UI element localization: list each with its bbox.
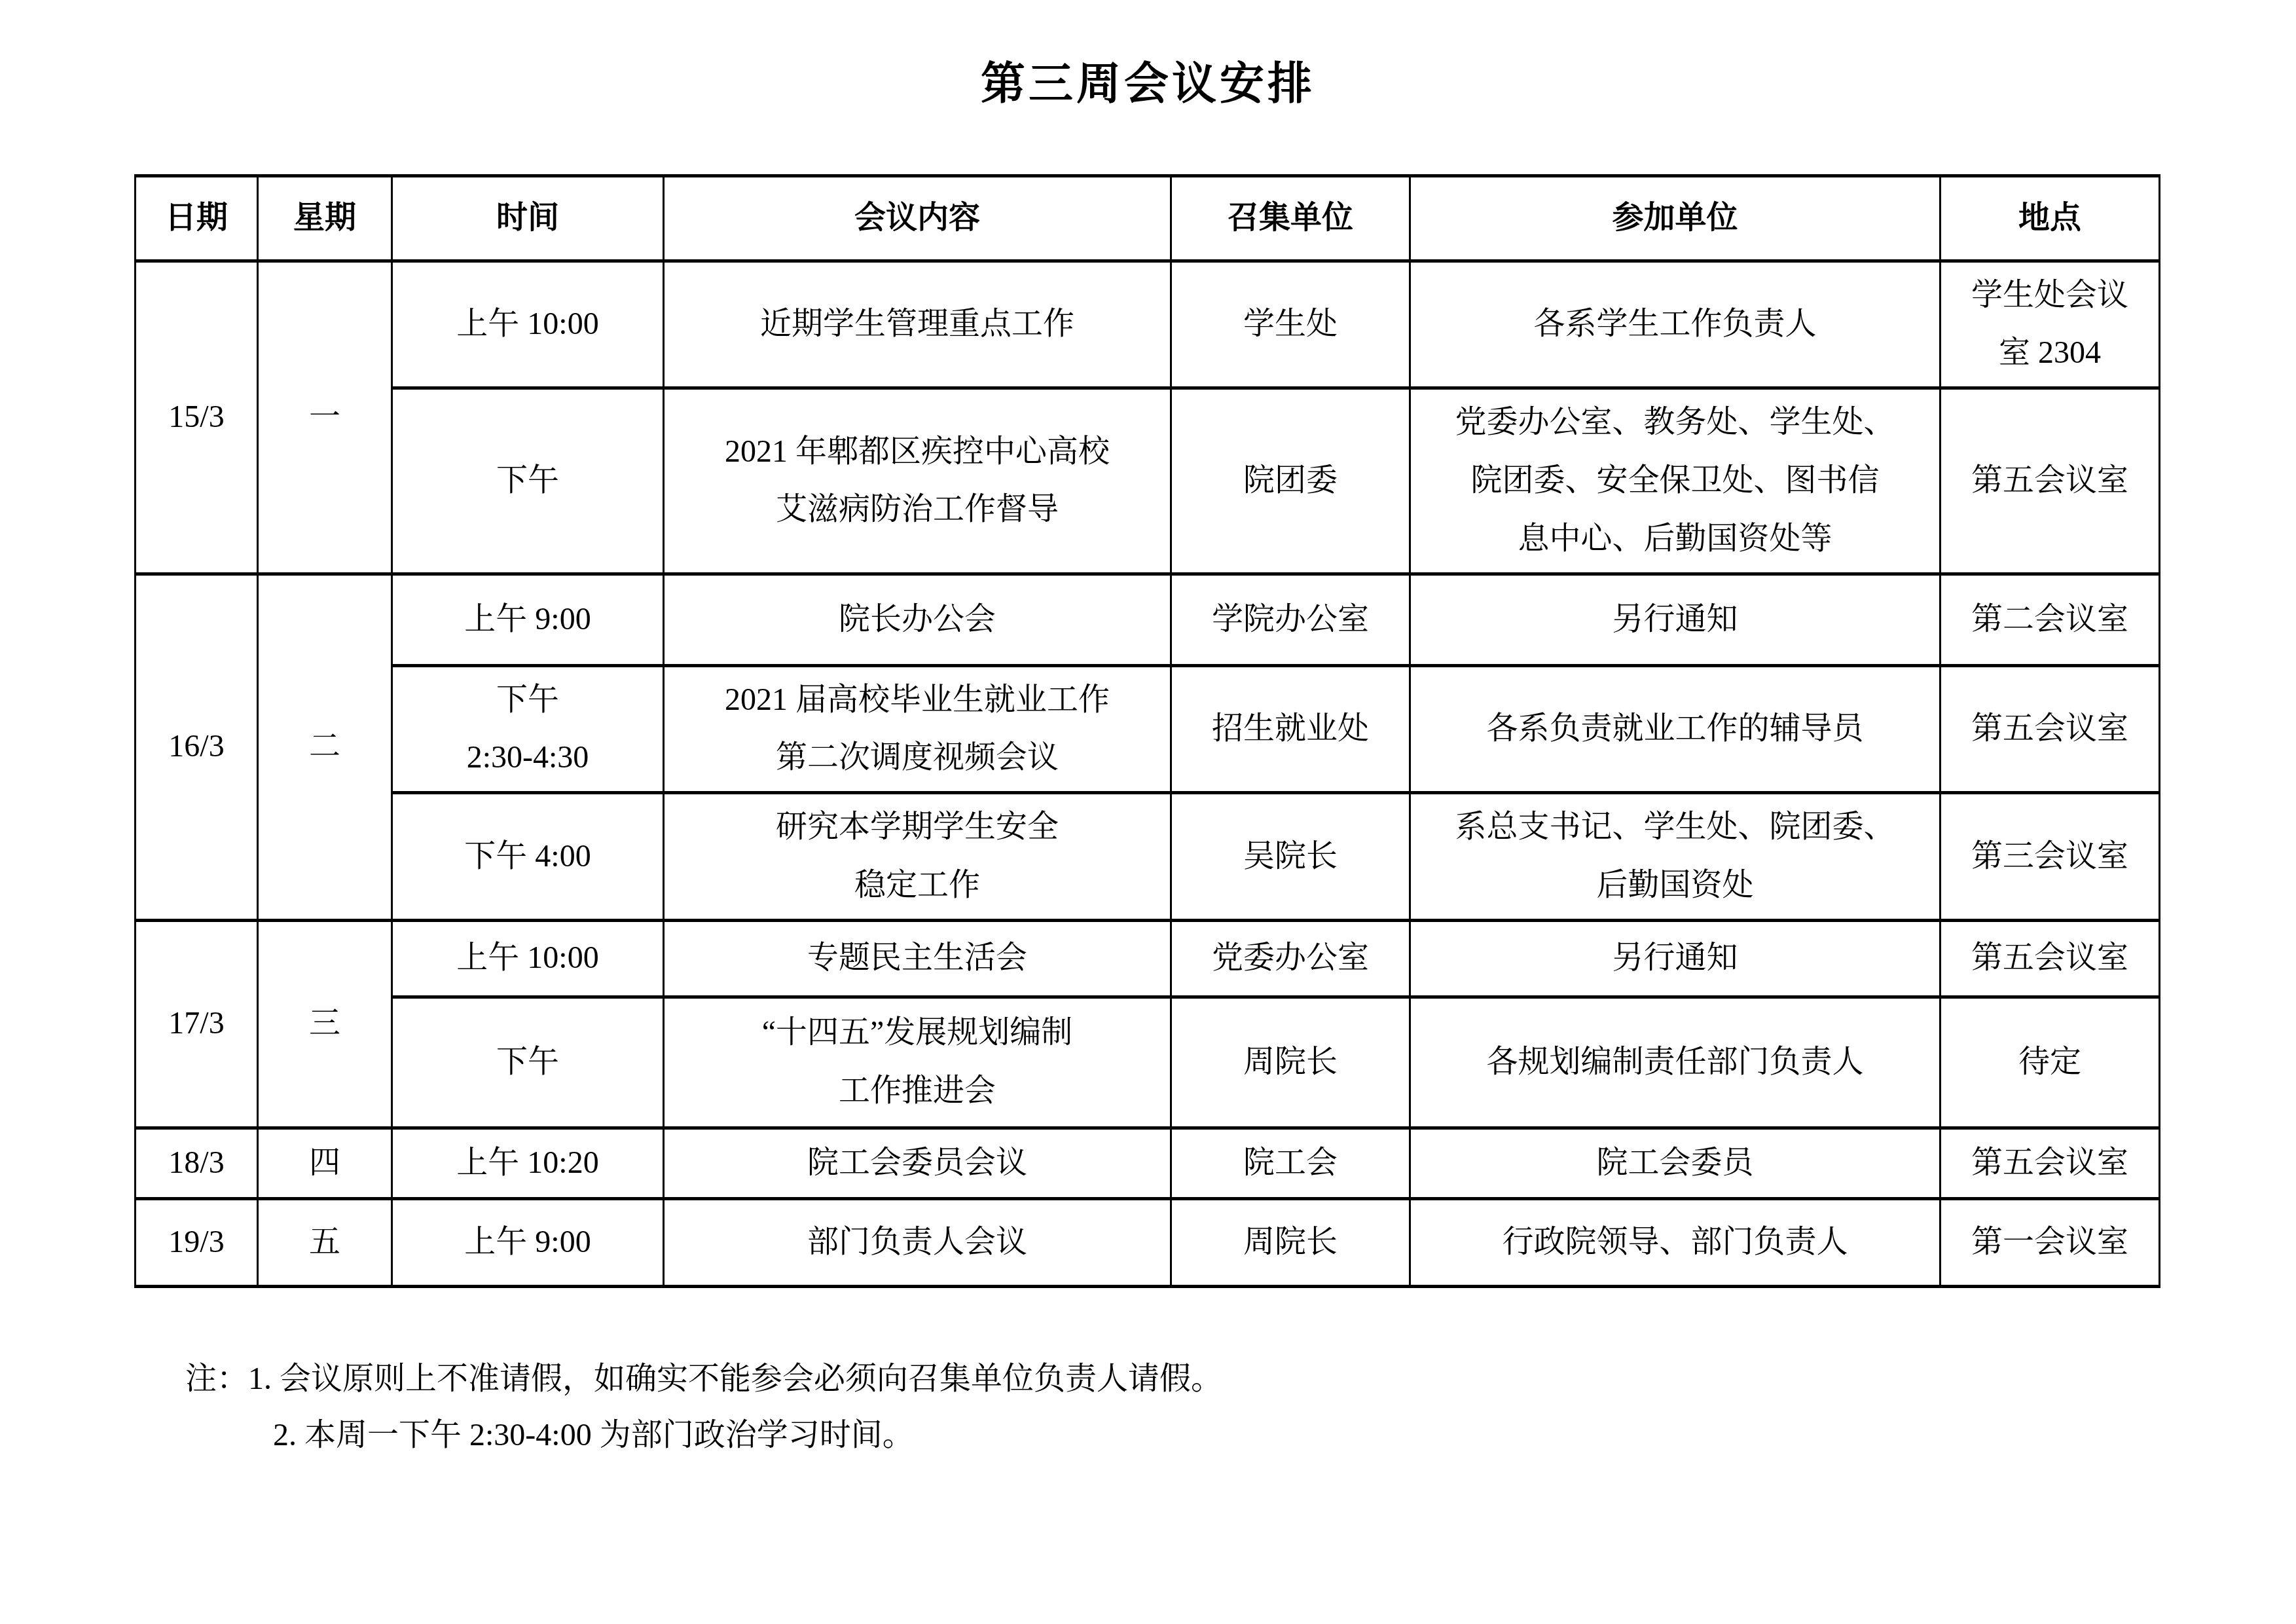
note-line-1: 注：1. 会议原则上不准请假，如确实不能参会必须向召集单位负责人请假。: [185, 1351, 2162, 1407]
cell-date: 19/3: [136, 1198, 258, 1286]
note-line-2: 2. 本周一下午 2:30-4:00 为部门政治学习时间。: [185, 1407, 2162, 1464]
cell-time: 下午 4:00: [392, 793, 664, 921]
cell-location: 第二会议室: [1941, 574, 2160, 665]
cell-time: 上午 10:20: [392, 1128, 664, 1198]
cell-participants: 各规划编制责任部门负责人: [1410, 997, 1941, 1128]
cell-content: 研究本学期学生安全 稳定工作: [664, 793, 1171, 921]
cell-content: 近期学生管理重点工作: [664, 261, 1171, 388]
cell-convener: 院工会: [1171, 1128, 1410, 1198]
cell-date: 18/3: [136, 1128, 258, 1198]
cell-time: 下午 2:30-4:30: [392, 665, 664, 793]
table-row: 19/3 五 上午 9:00 部门负责人会议 周院长 行政院领导、部门负责人 第…: [136, 1198, 2160, 1286]
meeting-schedule-table: 日期 星期 时间 会议内容 召集单位 参加单位 地点 15/3 一 上午 10:…: [134, 174, 2160, 1288]
cell-content: 院长办公会: [664, 574, 1171, 665]
cell-participants: 行政院领导、部门负责人: [1410, 1198, 1941, 1286]
cell-convener: 周院长: [1171, 1198, 1410, 1286]
cell-content: 院工会委员会议: [664, 1128, 1171, 1198]
header-content: 会议内容: [664, 175, 1171, 261]
cell-time: 上午 9:00: [392, 574, 664, 665]
cell-participants: 另行通知: [1410, 574, 1941, 665]
cell-date: 16/3: [136, 574, 258, 920]
cell-time: 下午: [392, 997, 664, 1128]
cell-convener: 学生处: [1171, 261, 1410, 388]
cell-participants: 各系负责就业工作的辅导员: [1410, 665, 1941, 793]
cell-location: 第五会议室: [1941, 665, 2160, 793]
table-row: 18/3 四 上午 10:20 院工会委员会议 院工会 院工会委员 第五会议室: [136, 1128, 2160, 1198]
table-row: 下午 2:30-4:30 2021 届高校毕业生就业工作 第二次调度视频会议 招…: [136, 665, 2160, 793]
header-date: 日期: [136, 175, 258, 261]
cell-convener: 院团委: [1171, 388, 1410, 574]
note-item-2: 2. 本周一下午 2:30-4:00 为部门政治学习时间。: [273, 1418, 914, 1452]
cell-location: 第五会议室: [1941, 1128, 2160, 1198]
cell-weekday: 四: [258, 1128, 392, 1198]
table-row: 17/3 三 上午 10:00 专题民主生活会 党委办公室 另行通知 第五会议室: [136, 920, 2160, 997]
cell-location: 学生处会议 室 2304: [1941, 261, 2160, 388]
cell-participants: 系总支书记、学生处、院团委、 后勤国资处: [1410, 793, 1941, 921]
note-item-1: 1. 会议原则上不准请假，如确实不能参会必须向召集单位负责人请假。: [248, 1361, 1222, 1396]
cell-convener: 周院长: [1171, 997, 1410, 1128]
cell-weekday: 五: [258, 1198, 392, 1286]
cell-content: 部门负责人会议: [664, 1198, 1171, 1286]
cell-date: 15/3: [136, 261, 258, 574]
cell-time: 上午 10:00: [392, 261, 664, 388]
footnotes: 注：1. 会议原则上不准请假，如确实不能参会必须向召集单位负责人请假。 2. 本…: [185, 1351, 2162, 1464]
cell-convener: 党委办公室: [1171, 920, 1410, 997]
cell-content: 2021 年郫都区疾控中心高校 艾滋病防治工作督导: [664, 388, 1171, 574]
table-row: 下午 2021 年郫都区疾控中心高校 艾滋病防治工作督导 院团委 党委办公室、教…: [136, 388, 2160, 574]
header-location: 地点: [1941, 175, 2160, 261]
cell-participants: 院工会委员: [1410, 1128, 1941, 1198]
cell-participants: 各系学生工作负责人: [1410, 261, 1941, 388]
cell-location: 第一会议室: [1941, 1198, 2160, 1286]
cell-date: 17/3: [136, 920, 258, 1128]
header-weekday: 星期: [258, 175, 392, 261]
table-row: 16/3 二 上午 9:00 院长办公会 学院办公室 另行通知 第二会议室: [136, 574, 2160, 665]
cell-convener: 吴院长: [1171, 793, 1410, 921]
page-title: 第三周会议安排: [134, 58, 2162, 111]
header-time: 时间: [392, 175, 664, 261]
cell-location: 第五会议室: [1941, 388, 2160, 574]
cell-participants: 党委办公室、教务处、学生处、 院团委、安全保卫处、图书信 息中心、后勤国资处等: [1410, 388, 1941, 574]
cell-weekday: 一: [258, 261, 392, 574]
cell-participants: 另行通知: [1410, 920, 1941, 997]
cell-convener: 招生就业处: [1171, 665, 1410, 793]
table-row: 下午 “十四五”发展规划编制 工作推进会 周院长 各规划编制责任部门负责人 待定: [136, 997, 2160, 1128]
document-page: 第三周会议安排 日期 星期 时间 会议内容 召集单位 参加单位 地点 15/3 …: [0, 0, 2296, 1624]
cell-content: “十四五”发展规划编制 工作推进会: [664, 997, 1171, 1128]
cell-time: 下午: [392, 388, 664, 574]
note-label: 注：: [185, 1361, 248, 1396]
cell-time: 上午 10:00: [392, 920, 664, 997]
cell-weekday: 二: [258, 574, 392, 920]
table-header-row: 日期 星期 时间 会议内容 召集单位 参加单位 地点: [136, 175, 2160, 261]
table-row: 15/3 一 上午 10:00 近期学生管理重点工作 学生处 各系学生工作负责人…: [136, 261, 2160, 388]
header-participants: 参加单位: [1410, 175, 1941, 261]
table-row: 下午 4:00 研究本学期学生安全 稳定工作 吴院长 系总支书记、学生处、院团委…: [136, 793, 2160, 921]
cell-location: 第三会议室: [1941, 793, 2160, 921]
cell-content: 2021 届高校毕业生就业工作 第二次调度视频会议: [664, 665, 1171, 793]
cell-convener: 学院办公室: [1171, 574, 1410, 665]
cell-location: 第五会议室: [1941, 920, 2160, 997]
cell-time: 上午 9:00: [392, 1198, 664, 1286]
cell-location: 待定: [1941, 997, 2160, 1128]
cell-weekday: 三: [258, 920, 392, 1128]
cell-content: 专题民主生活会: [664, 920, 1171, 997]
header-convener: 召集单位: [1171, 175, 1410, 261]
